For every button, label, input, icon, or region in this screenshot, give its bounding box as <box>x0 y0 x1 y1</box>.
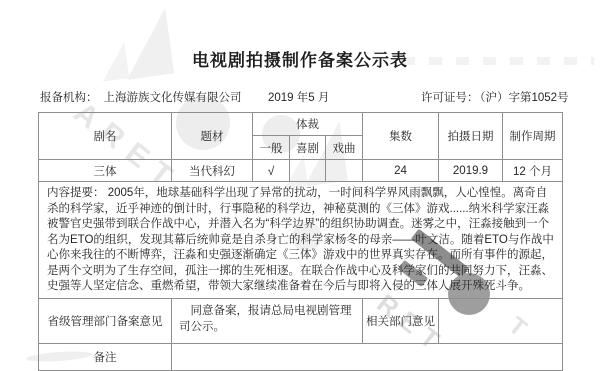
content-summary-text: 2005年，地球基础科学出现了异常的扰动，一时间科学界风雨飘飘，人心惶惶。离奇自… <box>47 187 554 292</box>
record-form-page: ARET RET T 电视剧拍摄制作备案公示表 报备机构：上海游族文化传媒有限公… <box>0 0 600 371</box>
record-table: 剧名 题材 体裁 集数 拍摄日期 制作周期 一般 喜剧 戏曲 三体 当代科幻 √… <box>38 112 563 371</box>
content-summary: 内容提要： 2005年，地球基础科学出现了异常的扰动，一时间科学界风雨飘飘，人心… <box>47 187 554 292</box>
cell-episodes: 24 <box>363 160 439 182</box>
cell-subject: 当代科幻 <box>172 160 253 182</box>
info-line: 报备机构：上海游族文化传媒有限公司 2019 年5 月 许可证号： （沪）字第1… <box>0 89 600 105</box>
content-summary-label: 内容提要： <box>47 187 105 199</box>
provincial-opinion-text: 同意备案，报请总局电视剧管理司公示。 <box>179 303 355 335</box>
summary-row: 内容提要： 2005年，地球基础科学出现了异常的扰动，一时间科学界风雨飘飘，人心… <box>39 182 563 299</box>
header-subject: 题材 <box>172 113 253 160</box>
header-genre-general: 一般 <box>253 136 290 160</box>
header-row: 剧名 题材 体裁 集数 拍摄日期 制作周期 <box>39 113 563 136</box>
related-dept-opinion-cell <box>439 298 563 343</box>
cell-genre-opera-check <box>326 160 363 182</box>
report-date: 2019 年5 月 <box>268 89 329 105</box>
header-genre-opera: 戏曲 <box>326 136 363 160</box>
page-title: 电视剧拍摄制作备案公示表 <box>0 46 600 71</box>
related-dept-opinion-label: 相关部门意见 <box>363 298 439 343</box>
header-production-cycle: 制作周期 <box>503 113 563 160</box>
provincial-opinion-cell: 同意备案，报请总局电视剧管理司公示。 <box>172 298 363 343</box>
opinion-row: 省级管理部门备案意见 同意备案，报请总局电视剧管理司公示。 相关部门意见 <box>39 298 563 343</box>
provincial-opinion-label: 省级管理部门备案意见 <box>39 298 172 343</box>
cell-production-cycle: 12 个月 <box>503 160 563 182</box>
license-number: （沪）字第1052号 <box>474 89 569 105</box>
header-episodes: 集数 <box>363 113 439 160</box>
header-shoot-date: 拍摄日期 <box>439 113 503 160</box>
reporting-agency: 报备机构：上海游族文化传媒有限公司 <box>40 89 242 105</box>
remarks-cell <box>172 343 563 370</box>
cell-genre-general-check: √ <box>253 160 290 182</box>
license-label: 许可证号： <box>421 89 479 105</box>
reporting-agency-label: 报备机构： <box>40 92 98 104</box>
data-row: 三体 当代科幻 √ 24 2019.9 12 个月 <box>39 160 563 182</box>
remarks-label: 备注 <box>39 343 172 370</box>
header-drama-name: 剧名 <box>39 113 172 160</box>
cell-shoot-date: 2019.9 <box>439 160 503 182</box>
reporting-agency-value: 上海游族文化传媒有限公司 <box>104 92 242 104</box>
cell-drama-name: 三体 <box>39 160 172 182</box>
remarks-row: 备注 <box>39 343 563 370</box>
header-genre: 体裁 <box>253 113 363 136</box>
header-genre-comedy: 喜剧 <box>290 136 326 160</box>
document-content: 电视剧拍摄制作备案公示表 报备机构：上海游族文化传媒有限公司 2019 年5 月… <box>0 46 600 371</box>
content-summary-cell: 内容提要： 2005年，地球基础科学出现了异常的扰动，一时间科学界风雨飘飘，人心… <box>39 182 563 299</box>
cell-genre-comedy-check <box>290 160 326 182</box>
